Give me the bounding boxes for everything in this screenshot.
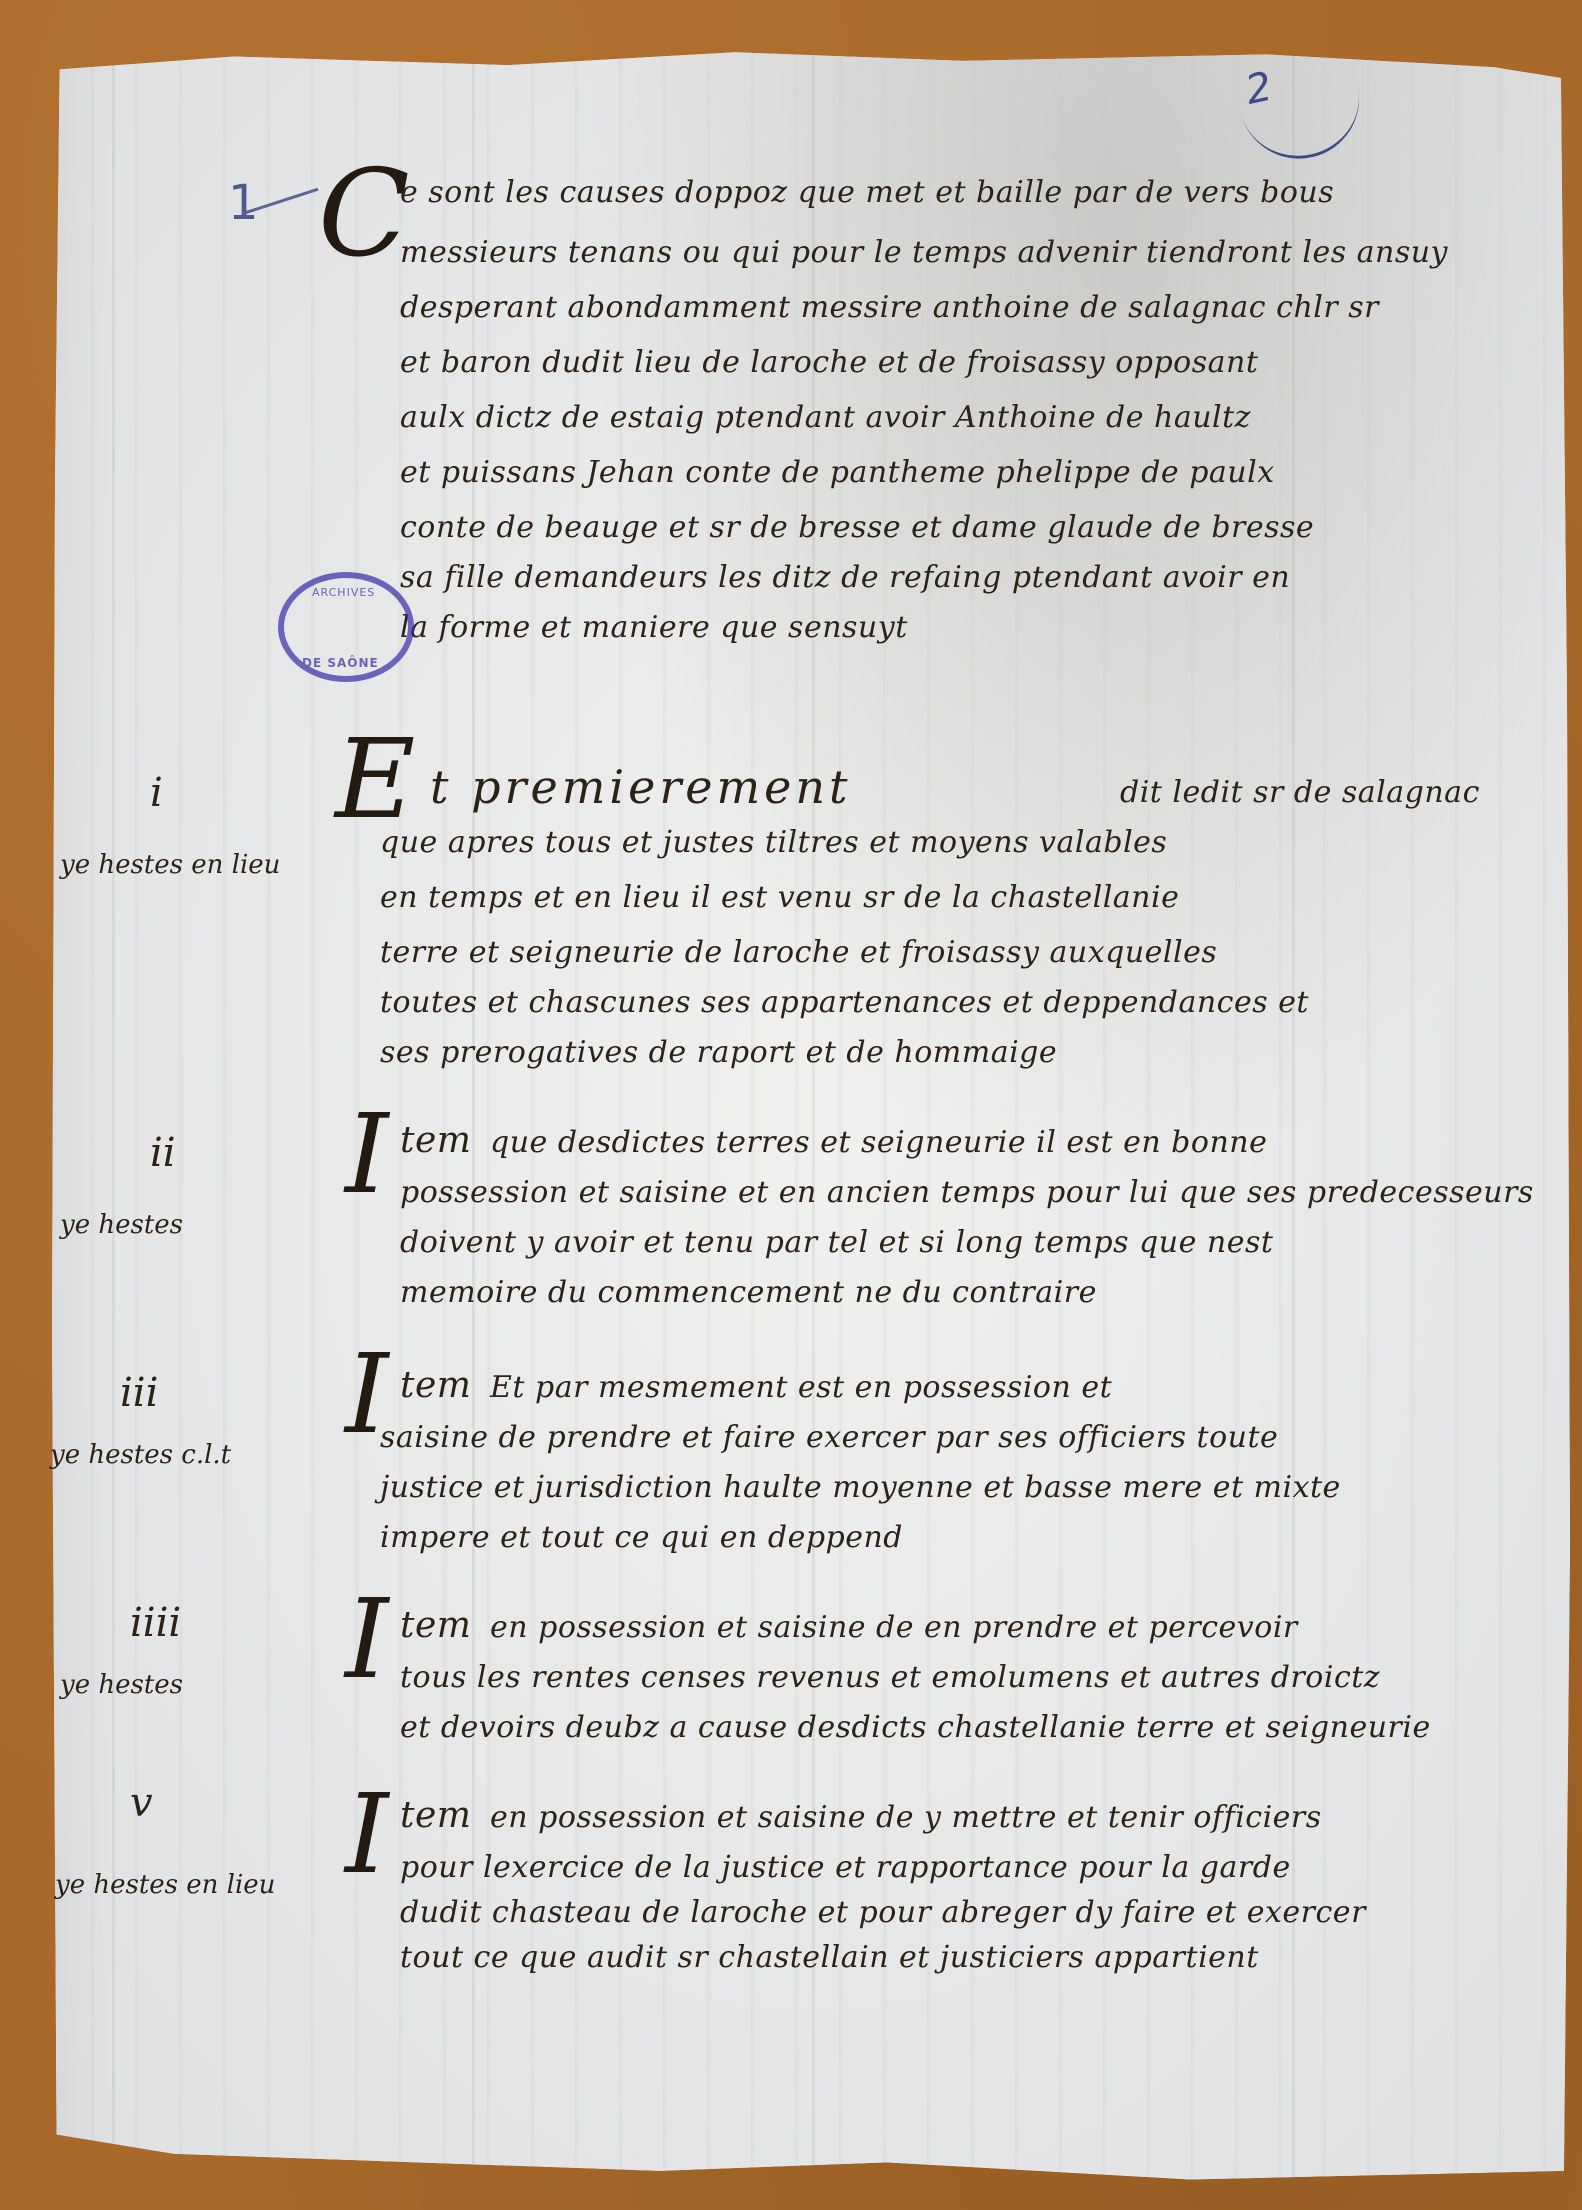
article-initial: I [345, 1575, 388, 1703]
preamble-line: aulx dictz de estaig ptendant avoir Anth… [400, 400, 1251, 435]
article-line: dudit chasteau de laroche et pour abrege… [400, 1895, 1366, 1930]
article-line: tous les rentes censes revenus et emolum… [400, 1660, 1380, 1695]
pencil-mark: 1 [228, 175, 259, 231]
article-heading: tem [400, 1605, 471, 1646]
article-line: Et par mesmement est en possession et [490, 1370, 1112, 1405]
stamp-text-bottom: DE SAÔNE [302, 656, 379, 670]
margin-note: ye hestes c.l.t [50, 1440, 231, 1470]
article-line: en temps et en lieu il est venu sr de la… [380, 880, 1179, 915]
article-line: tout ce que audit sr chastellain et just… [400, 1940, 1259, 1975]
margin-note: ye hestes en lieu [55, 1870, 275, 1900]
article-line: toutes et chascunes ses appartenances et… [380, 985, 1309, 1020]
article-line: en possession et saisine de en prendre e… [490, 1610, 1298, 1645]
margin-numeral: i [150, 770, 163, 816]
article-line: que desdictes terres et seigneurie il es… [490, 1125, 1267, 1160]
article-line: en possession et saisine de y mettre et … [490, 1800, 1322, 1835]
article-line: dit ledit sr de salagnac [1120, 775, 1480, 810]
article-line: et devoirs deubz a cause desdicts chaste… [400, 1710, 1431, 1745]
article-heading: tem [400, 1795, 471, 1836]
article-line: saisine de prendre et faire exercer par … [380, 1420, 1278, 1455]
article-initial: E [335, 715, 415, 843]
article-heading: tem [400, 1365, 471, 1406]
preamble-initial: C [318, 145, 410, 284]
margin-numeral: iiii [130, 1600, 181, 1646]
article-line: justice et jurisdiction haulte moyenne e… [380, 1470, 1341, 1505]
article-line: terre et seigneurie de laroche et froisa… [380, 935, 1217, 970]
article-heading: tem [400, 1120, 471, 1161]
fold-line [1292, 48, 1295, 2188]
preamble-line: e sont les causes doppoz que met et bail… [400, 175, 1334, 210]
preamble-line: messieurs tenans ou qui pour le temps ad… [400, 235, 1448, 270]
margin-note: ye hestes en lieu [60, 850, 280, 880]
article-line: que apres tous et justes tiltres et moye… [380, 825, 1167, 860]
article-initial: I [345, 1090, 388, 1218]
margin-note: ye hestes [60, 1210, 183, 1240]
article-line: possession et saisine et en ancien temps… [400, 1175, 1534, 1210]
preamble-line: la forme et maniere que sensuyt [400, 610, 908, 645]
preamble-line: sa fille demandeurs les ditz de refaing … [400, 560, 1290, 595]
article-line: pour lexercice de la justice et rapporta… [400, 1850, 1291, 1885]
article-line: doivent y avoir et tenu par tel et si lo… [400, 1225, 1273, 1260]
article-line: memoire du commencement ne du contraire [400, 1275, 1097, 1310]
margin-numeral: iii [120, 1370, 158, 1416]
preamble-line: et puissans Jehan conte de pantheme phel… [400, 455, 1275, 490]
article-line: ses prerogatives de raport et de hommaig… [380, 1035, 1057, 1070]
stamp-text-top: ARCHIVES [312, 586, 375, 599]
article-line: impere et tout ce qui en deppend [380, 1520, 903, 1555]
preamble-line: desperant abondamment messire anthoine d… [400, 290, 1379, 325]
margin-numeral: ii [150, 1130, 176, 1176]
article-heading: t premierement [430, 760, 851, 814]
preamble-line: conte de beauge et sr de bresse et dame … [400, 510, 1314, 545]
fold-line [112, 48, 115, 2188]
margin-numeral: v [130, 1780, 153, 1826]
archive-stamp: ARCHIVES DE SAÔNE [278, 572, 414, 682]
preamble-line: et baron dudit lieu de laroche et de fro… [400, 345, 1258, 380]
article-initial: I [345, 1770, 388, 1898]
margin-note: ye hestes [60, 1670, 183, 1700]
